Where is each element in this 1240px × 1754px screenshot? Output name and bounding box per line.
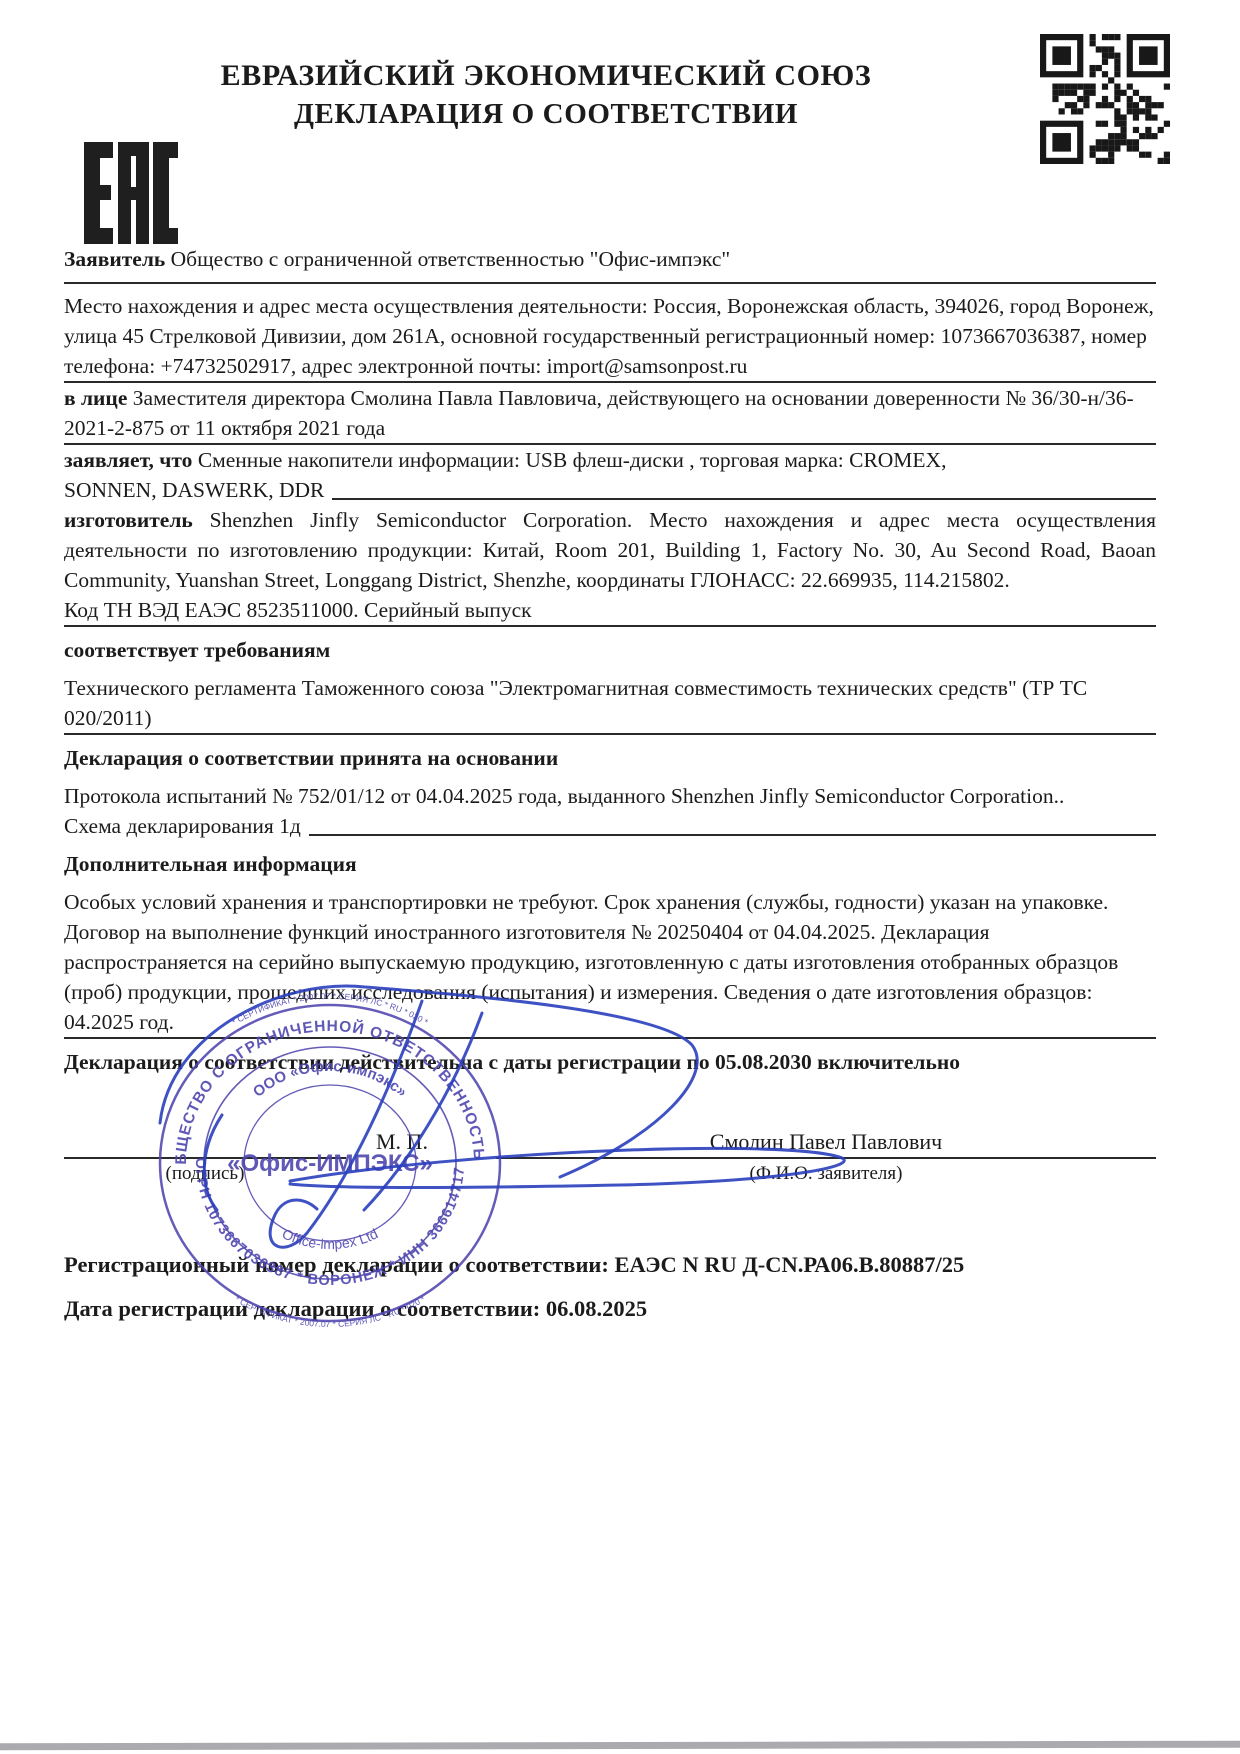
registration-date-line: Дата регистрации декларации о соответств… [64, 1294, 1156, 1324]
additional-heading: Дополнительная информация [64, 849, 1156, 879]
name-column: Смолин Павел Павлович (Ф.И.О. заявителя) [496, 1127, 1156, 1186]
compliance-heading: соответствует требованиям [64, 635, 1156, 665]
seal-note: М. П. [346, 1127, 496, 1186]
basis-paragraph: Протокола испытаний № 752/01/12 от 04.04… [64, 781, 1156, 811]
document-header: ЕВРАЗИЙСКИЙ ЭКОНОМИЧЕСКИЙ СОЮЗ ДЕКЛАРАЦИ… [0, 58, 1092, 132]
scan-artifact-band [0, 1741, 1240, 1751]
applicant-text: Общество с ограниченной ответственностью… [171, 247, 731, 271]
title-line-1: ЕВРАЗИЙСКИЙ ЭКОНОМИЧЕСКИЙ СОЮЗ [0, 58, 1092, 94]
name-line [496, 1157, 1156, 1159]
declares-brands-row: SONNEN, DASWERK, DDR [64, 475, 1156, 505]
scheme-row: Схема декларирования 1д [64, 811, 1156, 841]
title-line-2: ДЕКЛАРАЦИЯ О СООТВЕТСТВИИ [0, 96, 1092, 132]
declares-line1: Сменные накопители информации: USB флеш-… [198, 448, 947, 472]
eac-logo-icon [84, 142, 178, 244]
declares-line2: SONNEN, DASWERK, DDR [64, 475, 324, 505]
signature-column: (подпись) [64, 1127, 346, 1186]
basis-heading: Декларация о соответствии принята на осн… [64, 743, 1156, 773]
rule-fill [309, 811, 1156, 836]
manufacturer-paragraph: изготовитель Shenzhen Jinfly Semiconduct… [64, 505, 1156, 595]
manufacturer-label: изготовитель [64, 508, 193, 532]
signature-line [64, 1127, 346, 1159]
declares-label: заявляет, что [64, 448, 192, 472]
declaration-document: ЕВРАЗИЙСКИЙ ЭКОНОМИЧЕСКИЙ СОЮЗ ДЕКЛАРАЦИ… [0, 0, 1240, 1754]
registration-number-line: Регистрационный номер декларации о соотв… [64, 1250, 1156, 1280]
tnved-row: Код ТН ВЭД ЕАЭС 8523511000. Серийный вып… [64, 595, 1156, 627]
address-paragraph: Место нахождения и адрес места осуществл… [64, 291, 1156, 383]
applicant-row: Заявитель Общество с ограниченной ответс… [64, 244, 1156, 274]
rule-fill [332, 475, 1156, 500]
additional-paragraph: Особых условий хранения и транспортировк… [64, 887, 1156, 1039]
declares-row: заявляет, что Сменные накопители информа… [64, 445, 1156, 475]
compliance-paragraph: Технического регламента Таможенного союз… [64, 673, 1156, 735]
scheme-line: Схема декларирования 1д [64, 811, 301, 841]
applicant-name: Смолин Павел Павлович [496, 1127, 1156, 1157]
manufacturer-text: Shenzhen Jinfly Semiconductor Corporatio… [64, 508, 1156, 592]
signature-caption: (подпись) [64, 1162, 346, 1186]
representative-text: Заместителя директора Смолина Павла Павл… [64, 386, 1134, 440]
applicant-label: Заявитель [64, 247, 165, 271]
signature-area: (подпись) М. П. Смолин Павел Павлович (Ф… [64, 1127, 1156, 1186]
section-divider [64, 282, 1156, 284]
representative-paragraph: в лице Заместителя директора Смолина Пав… [64, 383, 1156, 445]
validity-line: Декларация о соответствии действительна … [64, 1047, 1156, 1077]
name-caption: (Ф.И.О. заявителя) [496, 1162, 1156, 1186]
representative-label: в лице [64, 386, 127, 410]
qr-code [1040, 34, 1170, 164]
document-body: Заявитель Общество с ограниченной ответс… [64, 244, 1156, 1324]
